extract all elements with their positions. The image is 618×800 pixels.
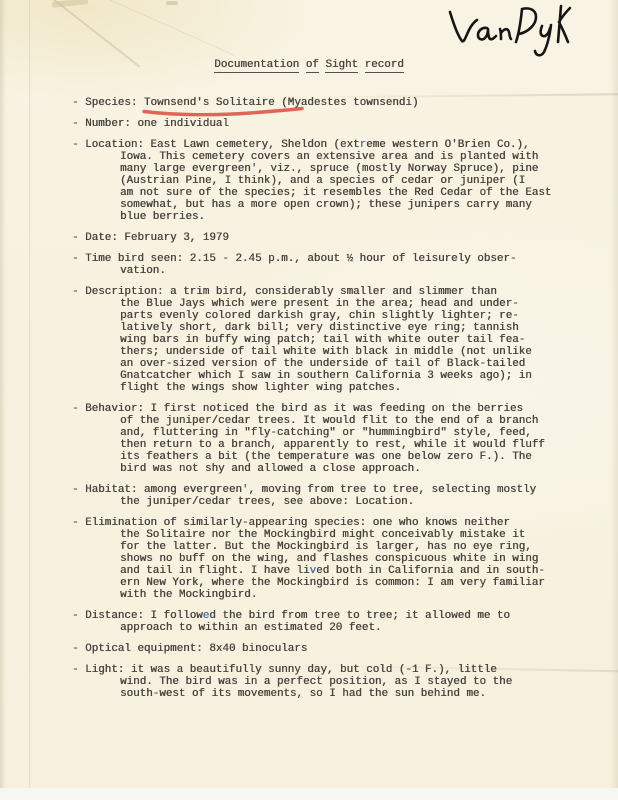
typed-text: eme western O'Brien Co.),: [366, 139, 529, 151]
text-line: - Location: East Lawn cemetery, Sheldon …: [72, 139, 572, 151]
typed-text: parts evenly colored darkish gray, chin …: [120, 310, 519, 322]
handwritten-name: Van Dyk: [446, 3, 574, 61]
text-line: - Habitat: among evergreen', moving from…: [72, 484, 572, 496]
typed-text: - Light: it was a beautifully sunny day,…: [72, 664, 497, 676]
item-habitat: - Habitat: among evergreen', moving from…: [72, 484, 572, 508]
typed-text: blue berries.: [120, 211, 205, 223]
text-line: ern New York, where the Mockingbird is c…: [120, 577, 572, 589]
typed-text: thers; underside of tail white with blac…: [120, 346, 532, 358]
text-line: its feathers a bit (the temperature was …: [120, 451, 572, 463]
text-line: am not sure of the species; it resembles…: [120, 187, 572, 199]
typed-text: - Behavior: I first noticed the bird as …: [72, 403, 523, 415]
document-body: - Species: Townsend's Solitaire (Myadest…: [72, 97, 572, 700]
typed-text: flight the wings show lighter wing patch…: [120, 382, 401, 394]
typed-text: for the latter. But the Mockingbird is l…: [120, 541, 532, 553]
text-line: vation.: [120, 265, 572, 277]
text-line: and tail in flight. I have lived both in…: [120, 565, 572, 577]
item-optical-equipment: - Optical equipment: 8x40 binoculars: [72, 643, 572, 655]
typed-text: somewhat, but has a more open crown); th…: [120, 199, 532, 211]
typed-text: approach to within an estimated 20 feet.: [120, 622, 381, 634]
typed-text: vation.: [120, 265, 166, 277]
text-line: south-west of its movements, so I had th…: [120, 688, 572, 700]
text-line: with the Mockingbird.: [120, 589, 572, 601]
red-underline-annotation: [142, 106, 306, 120]
staple-mark: [166, 1, 178, 5]
text-line: the juniper/cedar trees, see above: Loca…: [120, 496, 572, 508]
typed-text: of the juniper/cedar trees. It would fli…: [120, 415, 538, 427]
item-description: - Description: a trim bird, considerably…: [72, 286, 572, 394]
paper-edge-right: [610, 0, 618, 788]
handwritten-stroke: [535, 25, 551, 55]
text-line: wing bars in buffy wing patch; tail with…: [120, 334, 572, 346]
typed-text: many large evergreen: [120, 163, 251, 175]
typed-text: - Description: a trim bird, considerably…: [72, 286, 497, 298]
typed-text: am not sure of the species; it resembles…: [120, 187, 551, 199]
text-line: bird was not shy and allowed a close app…: [120, 463, 572, 475]
scan-background: [0, 788, 618, 800]
typed-text: bird was not shy and allowed a close app…: [120, 463, 421, 475]
typed-text: ern New York, where the Mockingbird is c…: [120, 577, 545, 589]
text-line: the Solitaire nor the Mockingbird might …: [120, 529, 572, 541]
typed-text: - Time bird seen: 2.15 - 2.45 p.m., abou…: [72, 253, 516, 265]
handwritten-stroke: [450, 12, 477, 41]
text-line: - Distance: I followed the bird from tre…: [72, 610, 572, 622]
typed-text: the juniper/cedar trees, see above: Loca…: [120, 496, 414, 508]
typed-text: - Optical equipment: 8x40 binoculars: [72, 643, 307, 655]
item-time-seen: - Time bird seen: 2.15 - 2.45 p.m., abou…: [72, 253, 572, 277]
item-elimination: - Elimination of similarly-appearing spe…: [72, 517, 572, 601]
typed-text: , viz., spruce (mostly Norway Spruce), p…: [257, 163, 538, 175]
typed-text: Iowa. This cemetery covers an extensive …: [120, 151, 538, 163]
text-line: - Date: February 3, 1979: [72, 232, 572, 244]
paper-crease: [51, 0, 140, 67]
handwritten-stroke: [516, 8, 536, 42]
text-line: - Elimination of similarly-appearing spe…: [72, 517, 572, 529]
text-line: Iowa. This cemetery covers an extensive …: [120, 151, 572, 163]
text-line: (Austrian Pine, I think), and a species …: [120, 175, 572, 187]
handwritten-stroke: [500, 29, 511, 39]
item-date: - Date: February 3, 1979: [72, 232, 572, 244]
typed-text: the Solitaire nor the Mockingbird might …: [120, 529, 525, 541]
typed-text: , moving from tree to tree, selecting mo…: [248, 484, 536, 496]
item-distance: - Distance: I followed the bird from tre…: [72, 610, 572, 634]
typed-text: Gnatcatcher which I saw in southern Cali…: [120, 370, 532, 382]
text-line: for the latter. But the Mockingbird is l…: [120, 541, 572, 553]
staple-mark: [52, 0, 88, 8]
text-line: - Light: it was a beautifully sunny day,…: [72, 664, 572, 676]
item-location: - Location: East Lawn cemetery, Sheldon …: [72, 139, 572, 223]
text-line: blue berries.: [120, 211, 572, 223]
document-title: Documentation of Sight record: [0, 59, 618, 72]
text-line: approach to within an estimated 20 feet.: [120, 622, 572, 634]
typed-text: the Blue Jays which were present in the …: [120, 298, 519, 310]
title-word: Documentation: [214, 59, 299, 73]
typed-text: - Location: East Lawn cemetery, Sheldon …: [72, 139, 360, 151]
typed-text: its feathers a bit (the temperature was …: [120, 451, 532, 463]
text-line: latively short, dark bill; very distinct…: [120, 322, 572, 334]
text-line: of the juniper/cedar trees. It would fli…: [120, 415, 572, 427]
text-line: - Behavior: I first noticed the bird as …: [72, 403, 572, 415]
typed-text: - Elimination of similarly-appearing spe…: [72, 517, 510, 529]
title-word: Sight: [325, 59, 358, 73]
typed-text: shows no buff on the wing, and flashes c…: [120, 553, 538, 565]
typed-text: wing bars in buffy wing patch; tail with…: [120, 334, 525, 346]
text-line: flight the wings show lighter wing patch…: [120, 382, 572, 394]
typed-text: latively short, dark bill; very distinct…: [120, 322, 519, 334]
text-line: wind. The bird was in a perfect position…: [120, 676, 572, 688]
item-light: - Light: it was a beautifully sunny day,…: [72, 664, 572, 700]
paper-crease: [98, 0, 235, 56]
text-line: shows no buff on the wing, and flashes c…: [120, 553, 572, 565]
typed-text: and tail in flight. I have li: [120, 565, 310, 577]
text-line: thers; underside of tail white with blac…: [120, 346, 572, 358]
typed-text: - Species:: [72, 97, 144, 109]
typed-text: (Austrian Pine, I think), and a species …: [120, 175, 525, 187]
typed-text: - Date: February 3, 1979: [72, 232, 229, 244]
typed-text: - Distance: I follow: [72, 610, 203, 622]
document-page: Van Dyk Documentation of Sight record - …: [0, 0, 618, 789]
typed-text: - Habitat: among evergreen: [72, 484, 242, 496]
typed-text: an over-sized version of the underside o…: [120, 358, 525, 370]
item-behavior: - Behavior: I first noticed the bird as …: [72, 403, 572, 475]
text-line: - Description: a trim bird, considerably…: [72, 286, 572, 298]
typed-text: and, fluttering in "fly-catching" or "hu…: [120, 427, 532, 439]
handwritten-stroke: [558, 6, 570, 42]
typed-text: then return to a branch, apparently to r…: [120, 439, 545, 451]
text-line: parts evenly colored darkish gray, chin …: [120, 310, 572, 322]
text-line: the Blue Jays which were present in the …: [120, 298, 572, 310]
typed-text: south-west of its movements, so I had th…: [120, 688, 486, 700]
text-line: an over-sized version of the underside o…: [120, 358, 572, 370]
text-line: - Optical equipment: 8x40 binoculars: [72, 643, 572, 655]
paper-crease: [29, 0, 31, 788]
typed-text: wind. The bird was in a perfect position…: [120, 676, 512, 688]
title-word: of: [306, 59, 319, 73]
scanned-document: Van Dyk Documentation of Sight record - …: [0, 0, 618, 800]
text-line: and, fluttering in "fly-catching" or "hu…: [120, 427, 572, 439]
text-line: then return to a branch, apparently to r…: [120, 439, 572, 451]
typed-text: d the bird from tree to tree; it allowed…: [209, 610, 510, 622]
text-line: - Time bird seen: 2.15 - 2.45 p.m., abou…: [72, 253, 572, 265]
typed-text: with the Mockingbird.: [120, 589, 257, 601]
title-word: record: [365, 59, 404, 73]
text-line: many large evergreen', viz., spruce (mos…: [120, 163, 572, 175]
text-line: Gnatcatcher which I saw in southern Cali…: [120, 370, 572, 382]
handwritten-stroke: [478, 28, 496, 40]
text-line: somewhat, but has a more open crown); th…: [120, 199, 572, 211]
typed-text: ed both in California and in south-: [316, 565, 545, 577]
paper-edge-left: [0, 0, 6, 788]
